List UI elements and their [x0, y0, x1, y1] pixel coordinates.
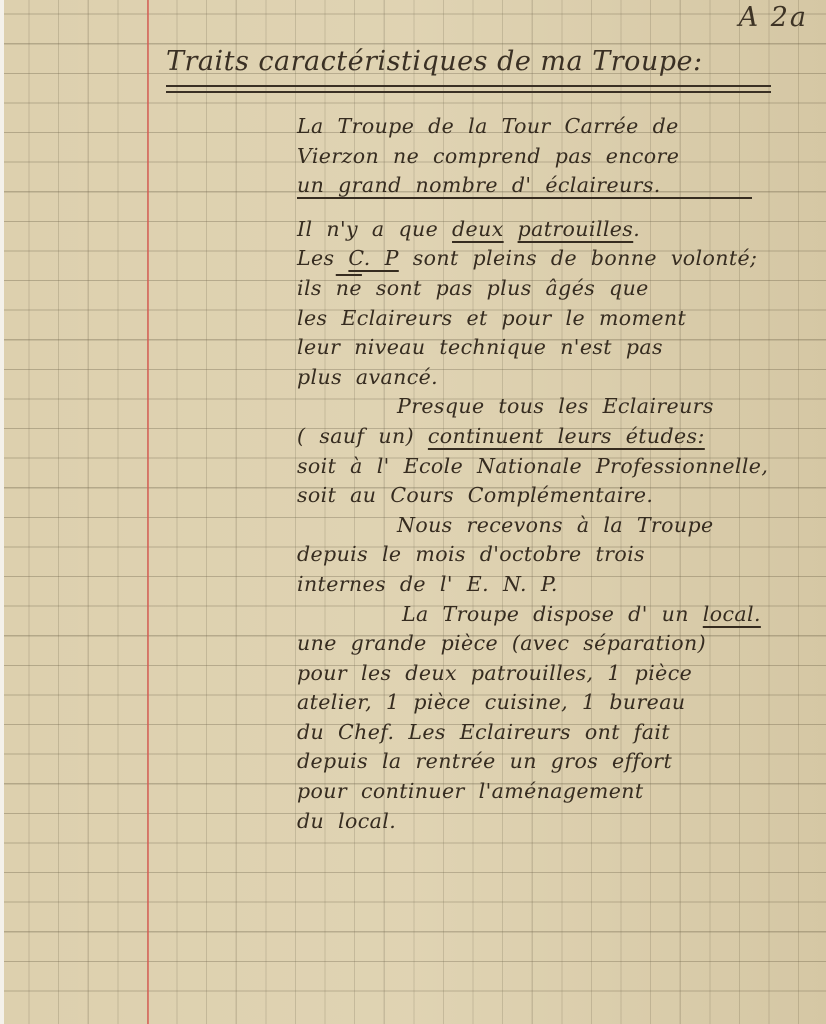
- notebook-page: A 2a Traits caractéristiques de ma Troup…: [0, 0, 826, 1024]
- text-line: soit au Cours Complémentaire.: [297, 481, 822, 511]
- text-line: les Eclaireurs et pour le moment: [297, 304, 822, 334]
- text-line: Vierzon ne comprend pas encore: [297, 142, 822, 172]
- paragraph-3: Presque tous les Eclaireurs ( sauf un) c…: [297, 392, 822, 510]
- title-underline-second: [166, 91, 771, 93]
- text-line: Les C. P sont pleins de bonne volonté;: [297, 244, 822, 274]
- underlined-word: patrouilles: [518, 217, 634, 241]
- paragraph-2: Il n'y a que deux patrouilles. Les C. P …: [297, 215, 822, 393]
- text-line: plus avancé.: [297, 363, 822, 393]
- text-fragment: La Troupe dispose d' un: [402, 602, 689, 626]
- text-fragment: Il n'y a que: [297, 217, 438, 241]
- text-line: internes de l' E. N. P.: [297, 570, 822, 600]
- text-line: leur niveau technique n'est pas: [297, 333, 822, 363]
- text-fragment: ils: [297, 276, 322, 300]
- text-fragment: Les: [297, 246, 334, 270]
- paragraph-1: La Troupe de la Tour Carrée de Vierzon n…: [297, 112, 822, 199]
- page-reference: A 2a: [739, 2, 808, 33]
- text-line: depuis le mois d'octobre trois: [297, 540, 822, 570]
- text-line: du Chef. Les Eclaireurs ont fait: [297, 718, 822, 748]
- text-line: soit à l' Ecole Nationale Professionnell…: [297, 452, 822, 482]
- underlined-word: local.: [703, 602, 761, 626]
- red-margin-line: [147, 0, 149, 1024]
- page-edge: [0, 0, 4, 1024]
- text-fragment: sont pas plus âgés que: [376, 276, 649, 300]
- text-fragment: sont pleins de bonne volonté;: [413, 246, 758, 270]
- text-line: depuis la rentrée un gros effort: [297, 747, 822, 777]
- underlined-abbreviation: C. P: [348, 246, 398, 270]
- text-line: Presque tous les Eclaireurs: [297, 392, 822, 422]
- text-fragment: .: [633, 217, 640, 241]
- text-line: pour continuer l'aménagement: [297, 777, 822, 807]
- text-line: Il n'y a que deux patrouilles.: [297, 215, 822, 245]
- text-line: du local.: [297, 807, 822, 837]
- page-title: Traits caractéristiques de ma Troupe:: [166, 46, 703, 77]
- text-line: La Troupe de la Tour Carrée de: [297, 112, 822, 142]
- underlined-phrase: continuent leurs études:: [428, 424, 705, 448]
- paragraph-4: Nous recevons à la Troupe depuis le mois…: [297, 511, 822, 600]
- title-underline: [166, 85, 771, 87]
- text-line: une grande pièce (avec séparation): [297, 629, 822, 659]
- text-line: Nous recevons à la Troupe: [297, 511, 822, 541]
- handwritten-body: La Troupe de la Tour Carrée de Vierzon n…: [297, 112, 822, 836]
- text-line: La Troupe dispose d' un local.: [297, 600, 822, 630]
- text-line: atelier, 1 pièce cuisine, 1 bureau: [297, 688, 822, 718]
- overlined-word: ne: [336, 276, 362, 300]
- text-line: pour les deux patrouilles, 1 pièce: [297, 659, 822, 689]
- text-line: ( sauf un) continuent leurs études:: [297, 422, 822, 452]
- paragraph-5: La Troupe dispose d' un local. une grand…: [297, 600, 822, 837]
- text-fragment: ( sauf un): [297, 424, 414, 448]
- text-line: ils ne sont pas plus âgés que: [297, 274, 822, 304]
- underlined-word: deux: [452, 217, 504, 241]
